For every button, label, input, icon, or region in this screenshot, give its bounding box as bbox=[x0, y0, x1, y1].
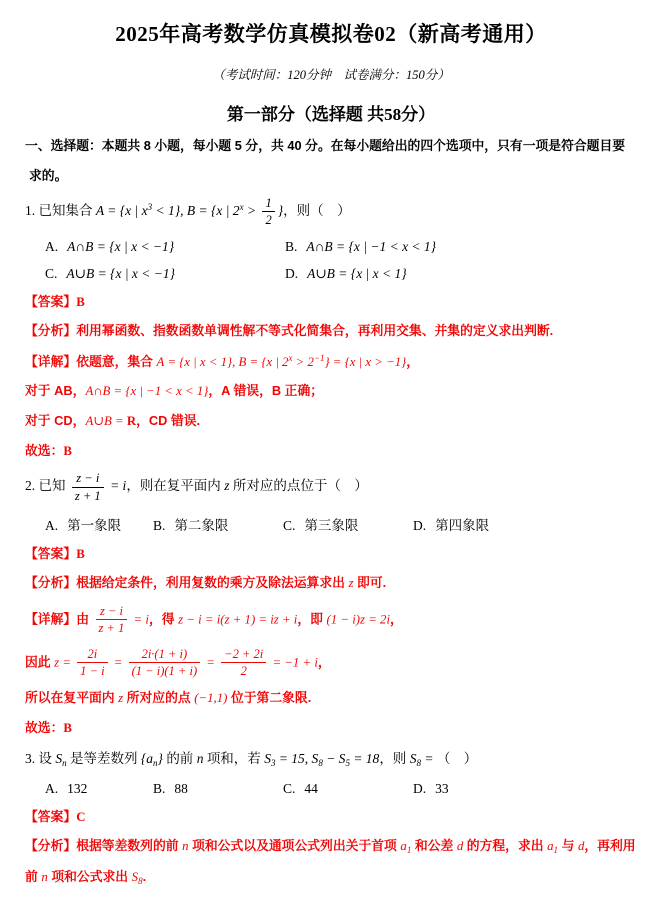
text-run: 2. 已知 bbox=[25, 478, 69, 493]
math-run: − S bbox=[323, 751, 346, 766]
math-run: A∩B = {x | −1 < x < 1} bbox=[306, 239, 436, 254]
math-run: A∩B = {x | x < −1} bbox=[67, 239, 174, 254]
question-3-analysis-line-1: 【分析】根据等差数列的前 n 项和公式以及通项公式列出关于首项 a1 和公差 d… bbox=[25, 837, 637, 857]
text-run: 位于第二象限. bbox=[227, 690, 311, 705]
fraction-numerator: 2i·(1 + i) bbox=[129, 647, 200, 663]
math-run: = 18 bbox=[350, 751, 379, 766]
text-run: 前 bbox=[25, 869, 41, 884]
math-run: z = bbox=[54, 655, 74, 669]
text-run: 1. 已知集合 bbox=[25, 203, 96, 218]
bold-run: B bbox=[76, 547, 85, 561]
text-run: 第二象限 bbox=[174, 518, 228, 533]
option-item: C.第三象限 bbox=[283, 514, 413, 534]
exam-info: （考试时间：120分钟 试卷满分：150分） bbox=[25, 65, 637, 83]
text-run: 【答案】 bbox=[25, 809, 76, 824]
math-run: S bbox=[264, 751, 271, 766]
exam-document: 2025年高考数学仿真模拟卷02（新高考通用） （考试时间：120分钟 试卷满分… bbox=[0, 0, 665, 917]
math-run: } = {x | x > −1} bbox=[324, 355, 406, 369]
fraction-denominator: 2 bbox=[221, 663, 266, 678]
fraction-numerator: 1 bbox=[262, 196, 274, 212]
text-run: 【分析】根据等差数列的前 bbox=[25, 838, 182, 853]
text-run: ， bbox=[390, 611, 403, 626]
question-2-solution-line-1: 【详解】由 z − iz + 1 = i，得 z − i = i(z + 1) … bbox=[25, 604, 637, 636]
option-item: D.A∪B = {x | x < 1} bbox=[285, 266, 407, 282]
text-run: 和公差 bbox=[411, 838, 457, 853]
text-run: 对于 AB， bbox=[25, 383, 85, 398]
math-run: > bbox=[244, 203, 260, 218]
option-label: A. bbox=[45, 239, 58, 254]
text-run: 一、选择题：本题共 8 小题，每小题 5 分，共 40 分。在每小题给出的四个选… bbox=[25, 138, 625, 153]
option-item: B.第二象限 bbox=[153, 514, 283, 534]
option-label: B. bbox=[153, 518, 165, 533]
text-run: ，则（ ） bbox=[283, 203, 351, 218]
fraction-numerator: z − i bbox=[96, 604, 128, 620]
option-item: A.A∩B = {x | x < −1} bbox=[45, 239, 285, 255]
question-3-analysis-line-2: 前 n 项和公式求出 S8. bbox=[25, 868, 637, 888]
math-run: A∪B = bbox=[85, 414, 126, 428]
text-run: 33 bbox=[435, 781, 449, 796]
question-1-solution-line-2: 对于 AB，A∩B = {x | −1 < x < 1}，A 错误，B 正确； bbox=[25, 382, 637, 401]
math-fraction: 2i1 − i bbox=[77, 647, 107, 679]
fraction-numerator: −2 + 2i bbox=[221, 647, 266, 663]
math-fraction: z − iz + 1 bbox=[72, 471, 104, 503]
math-fraction: 12 bbox=[262, 196, 274, 228]
fraction-denominator: 2 bbox=[262, 212, 274, 227]
question-3-answer: 【答案】C bbox=[25, 808, 637, 827]
document-body: 一、选择题：本题共 8 小题，每小题 5 分，共 40 分。在每小题给出的四个选… bbox=[25, 137, 637, 888]
math-fraction: −2 + 2i2 bbox=[221, 647, 266, 679]
question-1-analysis: 【分析】利用幂函数、指数函数单调性解不等式化简集合，再利用交集、并集的定义求出判… bbox=[25, 322, 637, 341]
math-run: z − i = i(z + 1) = iz + i bbox=[178, 612, 297, 626]
question-1-options-cd: C.A∪B = {x | x < −1}D.A∪B = {x | x < 1} bbox=[25, 266, 637, 282]
option-item: C.A∪B = {x | x < −1} bbox=[45, 266, 285, 282]
text-run: 第一象限 bbox=[67, 518, 121, 533]
option-item: B.88 bbox=[153, 781, 283, 797]
question-1-solution-line-3: 对于 CD，A∪B = R，CD 错误. bbox=[25, 412, 637, 431]
math-fraction: z − iz + 1 bbox=[96, 604, 128, 636]
math-run: = i bbox=[107, 478, 127, 493]
text-run: 故选： bbox=[25, 443, 63, 458]
text-run: ，CD 错误. bbox=[136, 413, 200, 428]
question-1-stem: 1. 已知集合 A = {x | x3 < 1}, B = {x | 2x > … bbox=[25, 196, 637, 228]
option-item: A.132 bbox=[45, 781, 153, 797]
text-run: 【详解】由 bbox=[25, 611, 93, 626]
fraction-denominator: z + 1 bbox=[72, 488, 104, 503]
question-2-solution-line-3: 所以在复平面内 z 所对应的点 (−1,1) 位于第二象限. bbox=[25, 689, 637, 708]
math-run: A∪B = {x | x < 1} bbox=[307, 266, 407, 281]
option-item: C.44 bbox=[283, 781, 413, 797]
text-run: 【详解】依题意，集合 bbox=[25, 354, 157, 369]
option-item: B.A∩B = {x | −1 < x < 1} bbox=[285, 239, 436, 255]
text-run: 44 bbox=[304, 781, 318, 796]
math-run: A = {x | x bbox=[96, 203, 148, 218]
text-run: ，再利用 bbox=[584, 838, 635, 853]
page-title: 2025年高考数学仿真模拟卷02（新高考通用） bbox=[25, 18, 637, 48]
fraction-denominator: z + 1 bbox=[96, 620, 128, 635]
math-run: (1 − i)z = 2i bbox=[327, 612, 390, 626]
option-label: B. bbox=[153, 781, 165, 796]
text-run: 故选： bbox=[25, 720, 63, 735]
fraction-denominator: 1 − i bbox=[77, 663, 107, 678]
math-run: = bbox=[203, 655, 218, 669]
option-item: D.第四象限 bbox=[413, 514, 489, 534]
math-run: A∪B = {x | x < −1} bbox=[66, 266, 175, 281]
text-run: 3. 设 bbox=[25, 751, 55, 766]
text-run: 是等差数列 bbox=[67, 751, 141, 766]
option-item: D.33 bbox=[413, 781, 449, 797]
math-run: > 2 bbox=[292, 355, 313, 369]
option-label: B. bbox=[285, 239, 297, 254]
question-2-stem: 2. 已知 z − iz + 1 = i，则在复平面内 z 所对应的点位于（ ） bbox=[25, 471, 637, 503]
question-2-answer: 【答案】B bbox=[25, 545, 637, 564]
option-label: C. bbox=[283, 518, 295, 533]
section-1-intro-line-1: 一、选择题：本题共 8 小题，每小题 5 分，共 40 分。在每小题给出的四个选… bbox=[25, 137, 637, 156]
bold-run: R bbox=[127, 414, 136, 428]
question-2-options: A.第一象限B.第二象限C.第三象限D.第四象限 bbox=[25, 514, 637, 534]
text-run: 求的。 bbox=[29, 168, 67, 183]
math-run: = −1 + i bbox=[269, 655, 318, 669]
question-2-solution-line-2: 因此 z = 2i1 − i = 2i·(1 + i)(1 − i)(1 + i… bbox=[25, 647, 637, 679]
math-run: (−1,1) bbox=[194, 691, 227, 705]
option-label: A. bbox=[45, 781, 58, 796]
math-run: < 1}, B = {x | 2 bbox=[152, 203, 239, 218]
text-run: ，则 bbox=[379, 751, 409, 766]
text-run: ， bbox=[318, 654, 331, 669]
question-1-answer: 【答案】B bbox=[25, 293, 637, 312]
bold-run: B bbox=[76, 295, 85, 309]
superscript: −1 bbox=[314, 353, 325, 363]
text-run: ，得 bbox=[149, 611, 178, 626]
math-fraction: 2i·(1 + i)(1 − i)(1 + i) bbox=[129, 647, 200, 679]
text-run: 【分析】根据给定条件，利用复数的乘方及除法运算求出 bbox=[25, 575, 348, 590]
question-3-stem: 3. 设 Sn 是等差数列 {an} 的前 n 项和，若 S3 = 15, S8… bbox=[25, 749, 637, 770]
text-run: ，A 错误，B 正确； bbox=[208, 383, 323, 398]
section-heading: 第一部分（选择题 共58分） bbox=[25, 100, 637, 125]
math-run: = bbox=[421, 751, 437, 766]
text-run: 对于 CD， bbox=[25, 413, 85, 428]
text-run: 的方程，求出 bbox=[463, 838, 547, 853]
text-run: 【答案】 bbox=[25, 294, 76, 309]
option-label: C. bbox=[45, 266, 57, 281]
text-run: 即可. bbox=[353, 575, 386, 590]
text-run: . bbox=[143, 869, 147, 884]
text-run: 因此 bbox=[25, 654, 54, 669]
option-label: A. bbox=[45, 518, 58, 533]
bold-run: C bbox=[76, 810, 85, 824]
text-run: 所以在复平面内 bbox=[25, 690, 118, 705]
text-run: ， bbox=[406, 354, 419, 369]
text-run: 88 bbox=[174, 781, 188, 796]
text-run: 【答案】 bbox=[25, 546, 76, 561]
math-run: A = {x | x < 1}, B = {x | 2 bbox=[157, 355, 289, 369]
text-run: 132 bbox=[67, 781, 87, 796]
option-item: A.第一象限 bbox=[45, 514, 153, 534]
fraction-numerator: z − i bbox=[72, 471, 104, 487]
question-1-solution-line-1: 【详解】依题意，集合 A = {x | x < 1}, B = {x | 2x … bbox=[25, 352, 637, 372]
question-1-conclusion: 故选：B bbox=[25, 442, 637, 461]
section-1-intro-line-2: 求的。 bbox=[29, 167, 637, 186]
question-2-analysis: 【分析】根据给定条件，利用复数的乘方及除法运算求出 z 即可. bbox=[25, 574, 637, 593]
text-run: 所对应的点位于（ ） bbox=[229, 478, 367, 493]
question-2-conclusion: 故选：B bbox=[25, 719, 637, 738]
text-run: 项和公式以及通项公式列出关于首项 bbox=[189, 838, 401, 853]
text-run: ，即 bbox=[297, 611, 326, 626]
math-run: = 15, S bbox=[275, 751, 318, 766]
text-run: 的前 bbox=[163, 751, 197, 766]
option-label: D. bbox=[285, 266, 298, 281]
math-run: {a bbox=[141, 751, 153, 766]
math-run: A∩B = {x | −1 < x < 1} bbox=[85, 384, 208, 398]
math-run: = i bbox=[130, 612, 149, 626]
text-run: 项和公式求出 bbox=[48, 869, 132, 884]
option-label: D. bbox=[413, 518, 426, 533]
fraction-numerator: 2i bbox=[77, 647, 107, 663]
text-run: 项和，若 bbox=[203, 751, 264, 766]
text-run: 与 bbox=[558, 838, 578, 853]
option-label: C. bbox=[283, 781, 295, 796]
text-run: ，则在复平面内 bbox=[126, 478, 224, 493]
question-3-options: A.132B.88C.44D.33 bbox=[25, 781, 637, 797]
text-run: 【分析】利用幂函数、指数函数单调性解不等式化简集合，再利用交集、并集的定义求出判… bbox=[25, 323, 553, 338]
text-run: 第四象限 bbox=[435, 518, 489, 533]
text-run: 第三象限 bbox=[304, 518, 358, 533]
text-run: （ ） bbox=[437, 751, 478, 766]
option-label: D. bbox=[413, 781, 426, 796]
bold-run: B bbox=[63, 444, 72, 458]
bold-run: B bbox=[63, 721, 72, 735]
math-run: = bbox=[111, 655, 126, 669]
fraction-denominator: (1 − i)(1 + i) bbox=[129, 663, 200, 678]
text-run: 所对应的点 bbox=[123, 690, 194, 705]
question-1-options-ab: A.A∩B = {x | x < −1}B.A∩B = {x | −1 < x … bbox=[25, 239, 637, 255]
